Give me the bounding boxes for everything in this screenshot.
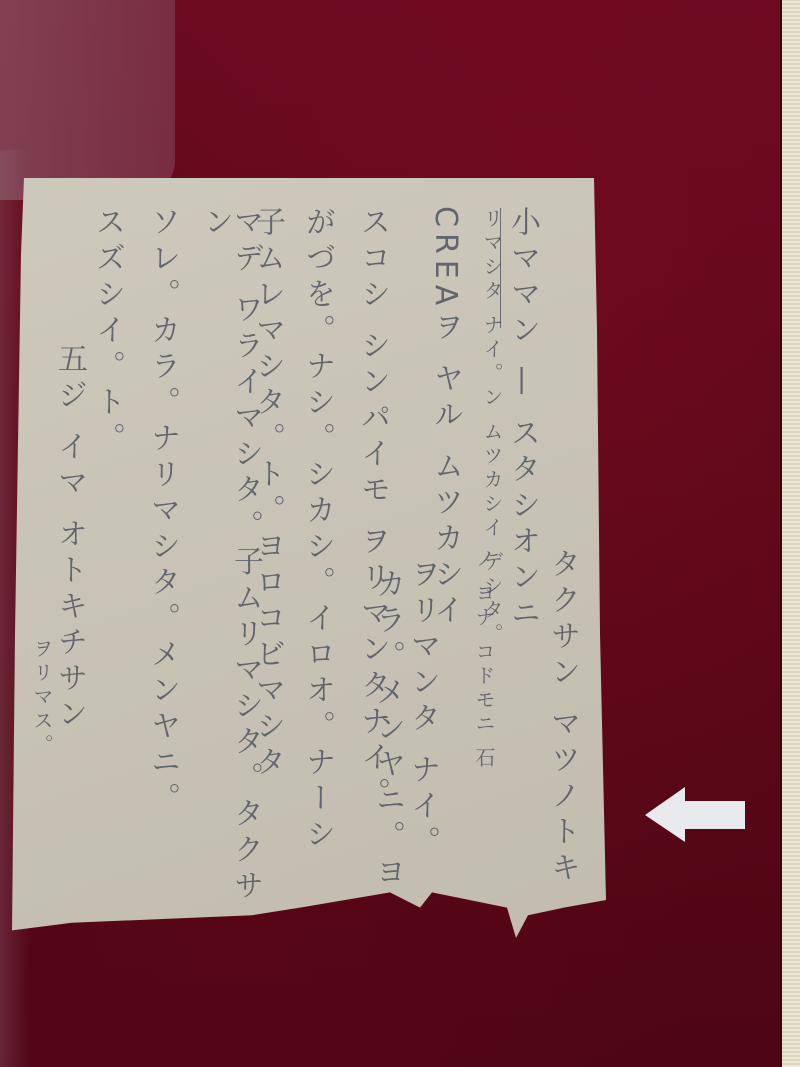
letter-column-15: ヲリマス。 [32, 638, 52, 758]
letter-column-13: スズシイ。ト。 [92, 206, 122, 458]
letter-column-12: ソレ。カラ。ナリマシタ。メンヤニ。 [147, 206, 177, 818]
letter-column-14: 五ジ イマ オトキチサン [54, 343, 84, 734]
letter-column-9: がづを。ナシ。シカシ。イロオ。ナーシ [302, 206, 332, 854]
letter-column-2: タクサン マツノトキ [547, 548, 577, 888]
letter-column-6: ヲリマンタ ナイ。 [407, 558, 437, 862]
letter-column-8: カラ。メンヤニ。ヨイ [372, 568, 402, 928]
handwritten-letter: 小ママン — スタシオンニ タクサン マツノトキ ノ ヨナ コドモニ 石 リマシ… [12, 178, 612, 938]
arrow-left-icon [645, 787, 745, 842]
frame-mat [780, 0, 800, 1067]
letter-column-11: マデ ワライマシタ。子ムリマシタ。タクサン [200, 206, 260, 938]
letter-column-1: 小ママン — スタシオンニ [507, 206, 537, 633]
letter-column-4: リマシタ ナイ。ン ムツカシイ デシタ。 [482, 208, 502, 647]
